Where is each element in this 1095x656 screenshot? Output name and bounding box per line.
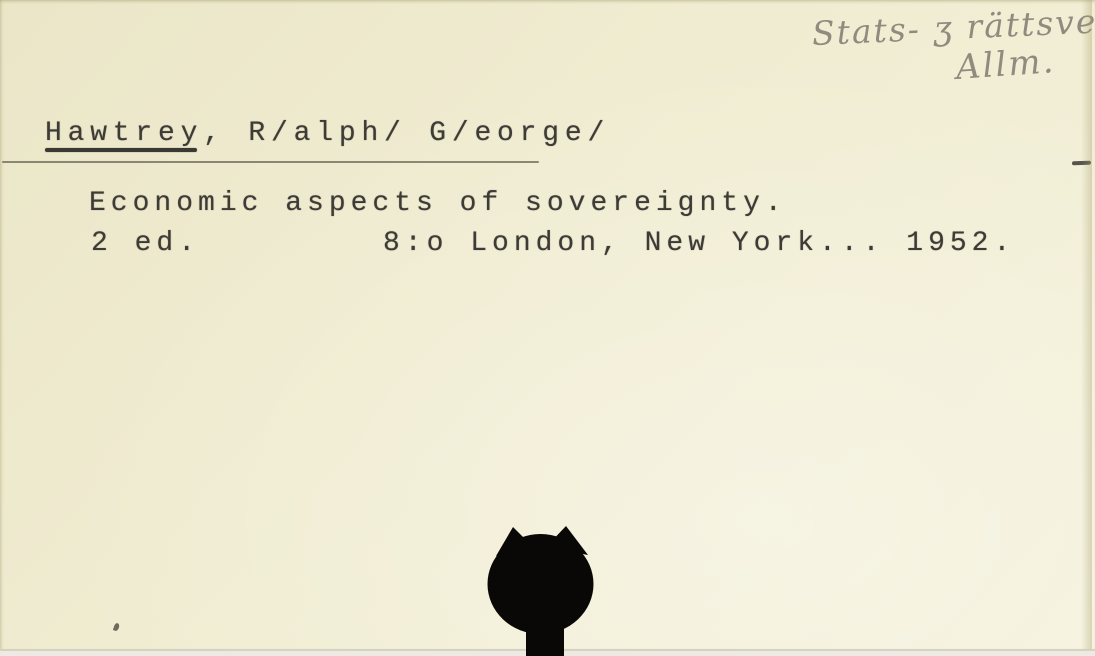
card-right-edge-shadow (1081, 0, 1092, 649)
handwritten-classification-line2: Allm. (955, 41, 1057, 88)
catalog-card-scan: Stats- ʒ rättsvet. Allm. Hawtrey, R/alph… (0, 0, 1095, 656)
catalog-card: Stats- ʒ rättsvet. Allm. Hawtrey, R/alph… (0, 0, 1095, 651)
punch-hole (470, 515, 610, 656)
title-line: Economic aspects of sovereignty. (89, 190, 787, 218)
ink-speck (113, 622, 120, 631)
author-heading-underline (45, 148, 197, 152)
author-heading: Hawtrey, R/alph/ G/eorge/ (45, 120, 610, 148)
imprint-text: 8:o London, New York... 1952. (383, 230, 1015, 258)
edition-text: 2 ed. (91, 230, 200, 258)
ruled-separator-line (2, 161, 539, 163)
punch-hole-slot (526, 612, 564, 656)
